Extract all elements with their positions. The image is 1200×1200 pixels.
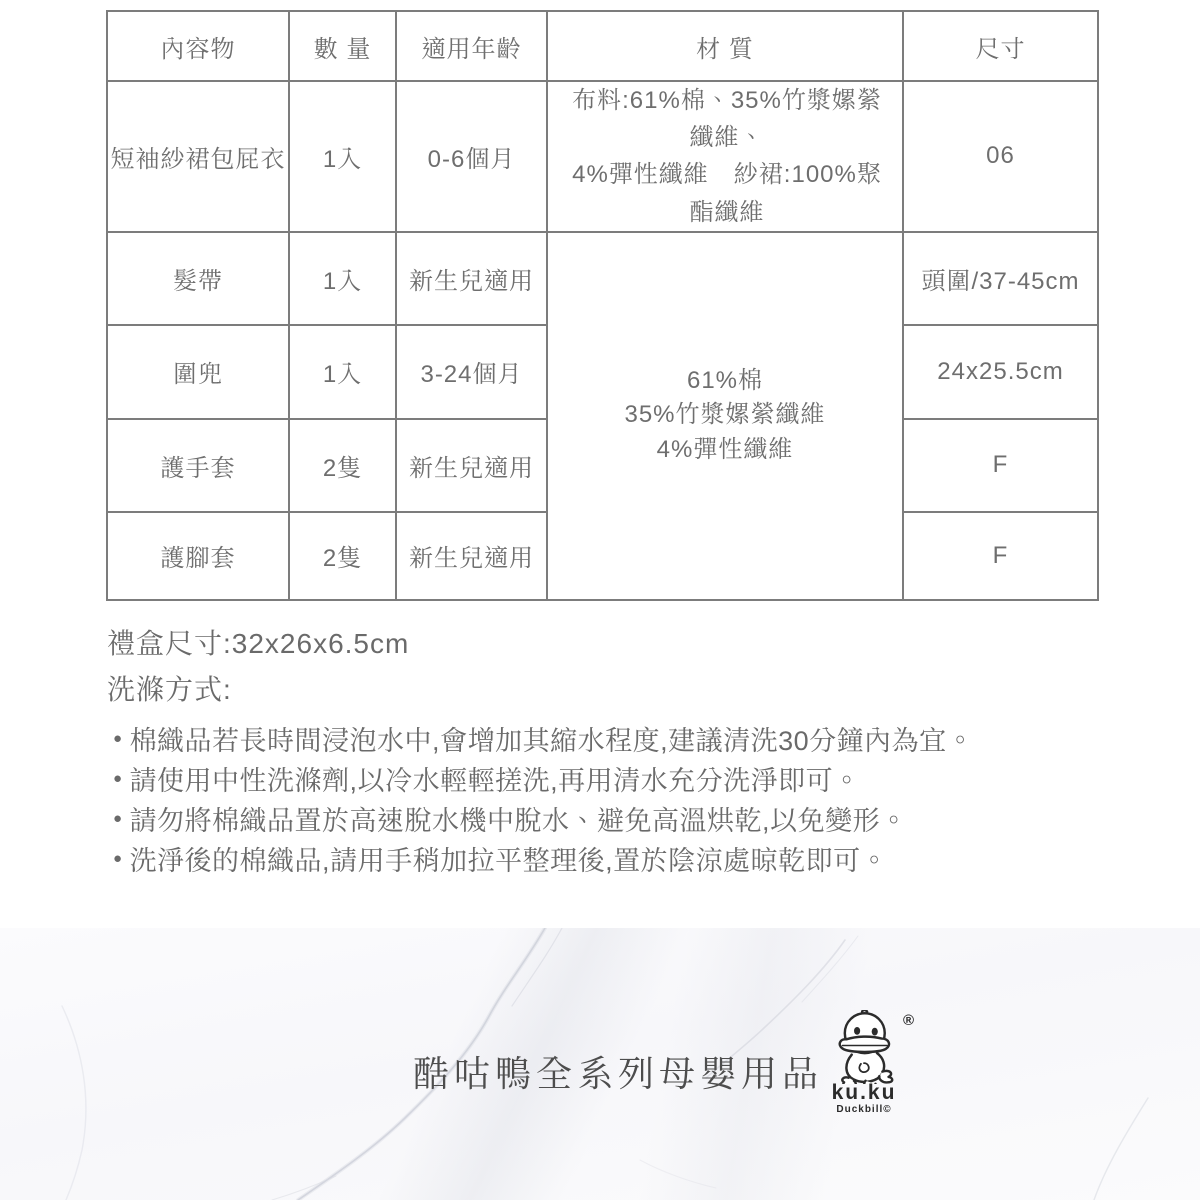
registered-trademark-icon: ® — [903, 1012, 914, 1029]
bullet-icon: ● — [113, 770, 123, 787]
size-cell: 24x25.5cm — [903, 325, 1098, 419]
washing-note-text: 請使用中性洗滌劑,以冷水輕輕搓洗,再用清水充分洗淨即可。 — [130, 759, 861, 798]
col-header-item: 內容物 — [107, 11, 289, 81]
washing-note-text: 棉織品若長時間浸泡水中,會增加其縮水程度,建議清洗30分鐘內為宜。 — [130, 719, 975, 758]
bullet-icon: ● — [113, 810, 123, 827]
spec-table: 內容物 數 量 適用年齡 材 質 尺寸 短袖紗裙包屁衣 1入 0-6個月 布料:… — [106, 10, 1099, 601]
item-cell: 護腳套 — [107, 512, 289, 600]
notes-section: 禮盒尺寸:32x26x6.5cm 洗滌方式: ● 棉織品若長時間浸泡水中,會增加… — [107, 630, 1107, 878]
col-header-age: 適用年齡 — [396, 11, 547, 81]
product-spec-page: 內容物 數 量 適用年齡 材 質 尺寸 短袖紗裙包屁衣 1入 0-6個月 布料:… — [0, 0, 1200, 1200]
age-cell: 新生兒適用 — [396, 232, 547, 325]
material-line: 61%棉 — [548, 364, 902, 399]
age-cell: 新生兒適用 — [396, 419, 547, 512]
item-cell: 短袖紗裙包屁衣 — [107, 81, 289, 232]
gift-box-size-text: 禮盒尺寸:32x26x6.5cm — [107, 630, 1107, 658]
material-line: 35%竹漿嫘縈纖維 — [548, 398, 902, 433]
material-line: 4%彈性纖維 紗裙:100%聚酯纖維 — [562, 156, 892, 230]
brand-logo: ® — [812, 1010, 916, 1118]
brand-subname-text: Duckbill© — [812, 1103, 916, 1116]
bullet-icon: ● — [113, 730, 123, 747]
brand-name-text: ku.ku — [812, 1082, 916, 1103]
brand-tagline: 酷咕鴨全系列母嬰用品 — [413, 1046, 823, 1097]
washing-note: ● 棉織品若長時間浸泡水中,會增加其縮水程度,建議清洗30分鐘內為宜。 — [107, 718, 1107, 758]
qty-cell: 1入 — [289, 232, 396, 325]
qty-cell: 1入 — [289, 325, 396, 419]
qty-cell: 2隻 — [289, 419, 396, 512]
size-cell: F — [903, 512, 1098, 600]
washing-note: ● 洗淨後的棉織品,請用手稍加拉平整理後,置於陰涼處晾乾即可。 — [107, 838, 1107, 878]
item-cell: 圍兜 — [107, 325, 289, 419]
size-cell: F — [903, 419, 1098, 512]
qty-cell: 1入 — [289, 81, 396, 232]
age-cell: 新生兒適用 — [396, 512, 547, 600]
bullet-icon: ● — [113, 850, 123, 867]
size-cell: 頭圍/37-45cm — [903, 232, 1098, 325]
material-line: 4%彈性纖維 — [548, 433, 902, 468]
age-cell: 0-6個月 — [396, 81, 547, 232]
material-cell: 布料:61%棉、35%竹漿嫘縈纖維、 4%彈性纖維 紗裙:100%聚酯纖維 — [547, 81, 903, 232]
washing-note: ● 請使用中性洗滌劑,以冷水輕輕搓洗,再用清水充分洗淨即可。 — [107, 758, 1107, 798]
col-header-size: 尺寸 — [903, 11, 1098, 81]
washing-method-title: 洗滌方式: — [107, 676, 1107, 704]
size-cell: 06 — [903, 81, 1098, 232]
col-header-material: 材 質 — [547, 11, 903, 81]
washing-note-text: 洗淨後的棉織品,請用手稍加拉平整理後,置於陰涼處晾乾即可。 — [130, 839, 889, 878]
table-header-row: 內容物 數 量 適用年齡 材 質 尺寸 — [107, 11, 1098, 81]
item-cell: 護手套 — [107, 419, 289, 512]
table-row: 髮帶 1入 新生兒適用 61%棉 35%竹漿嫘縈纖維 4%彈性纖維 頭圍/37-… — [107, 232, 1098, 325]
qty-cell: 2隻 — [289, 512, 396, 600]
table-row: 短袖紗裙包屁衣 1入 0-6個月 布料:61%棉、35%竹漿嫘縈纖維、 4%彈性… — [107, 81, 1098, 232]
age-cell: 3-24個月 — [396, 325, 547, 419]
duck-logo-icon — [821, 1010, 907, 1084]
col-header-qty: 數 量 — [289, 11, 396, 81]
washing-note-text: 請勿將棉織品置於高速脫水機中脫水、避免高溫烘乾,以免變形。 — [130, 799, 908, 838]
washing-note: ● 請勿將棉織品置於高速脫水機中脫水、避免高溫烘乾,以免變形。 — [107, 798, 1107, 838]
material-merged-cell: 61%棉 35%竹漿嫘縈纖維 4%彈性纖維 — [547, 232, 903, 600]
item-cell: 髮帶 — [107, 232, 289, 325]
material-line: 布料:61%棉、35%竹漿嫘縈纖維、 — [562, 82, 892, 156]
